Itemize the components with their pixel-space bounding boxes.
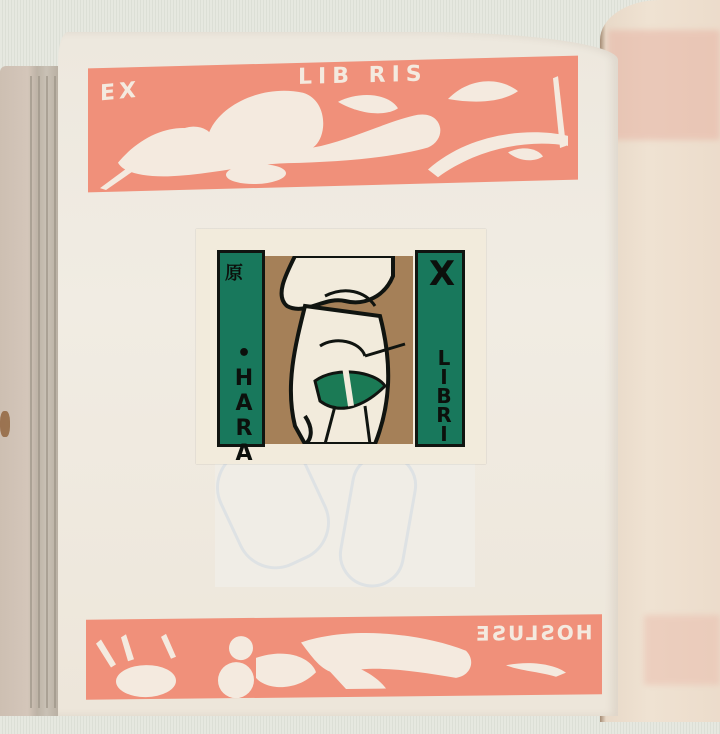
page-edge-line [46, 76, 48, 708]
bookplate: 隆 原 • H A R A X L I B R I [196, 229, 486, 464]
name-letter: A [226, 391, 262, 416]
libris-letter: I [432, 425, 456, 444]
ex-label: EX [100, 78, 140, 107]
right-page [600, 0, 720, 722]
libris-vertical-word: L I B R I [432, 349, 456, 444]
stain-mark [0, 411, 10, 437]
bleedthrough-figures [215, 462, 475, 587]
hara-name: • H A R A [226, 341, 262, 466]
name-letter: R [226, 416, 262, 441]
left-kanji: 原 [225, 259, 243, 285]
name-dot: • [226, 341, 262, 366]
page-edge-line [38, 76, 40, 708]
brown-background: 隆 [265, 256, 413, 444]
page-edge-line [30, 76, 32, 708]
right-green-panel: X L I B R I [415, 250, 465, 447]
bottom-ex-libris-banner: HOSLUSE [86, 614, 602, 699]
name-letter: A [226, 441, 262, 466]
ex-x-letter: X [422, 257, 462, 291]
ghost-figure [334, 447, 423, 592]
bookplate-print: 隆 原 • H A R A X L I B R I [217, 250, 465, 447]
album-cover-edge [0, 66, 62, 716]
left-green-panel: 原 • H A R A [217, 250, 265, 447]
right-page-bleedthrough-top [608, 30, 720, 140]
name-letter: H [226, 366, 262, 391]
top-ex-libris-banner: EX LIB RIS [88, 56, 578, 193]
right-page-bleedthrough-bottom [644, 615, 720, 685]
page-edge-line [54, 76, 56, 708]
signature-mirrored: HOSLUSE [474, 620, 592, 645]
nude-figure-illustration [265, 256, 413, 444]
libris-label: LIB RIS [298, 62, 428, 90]
